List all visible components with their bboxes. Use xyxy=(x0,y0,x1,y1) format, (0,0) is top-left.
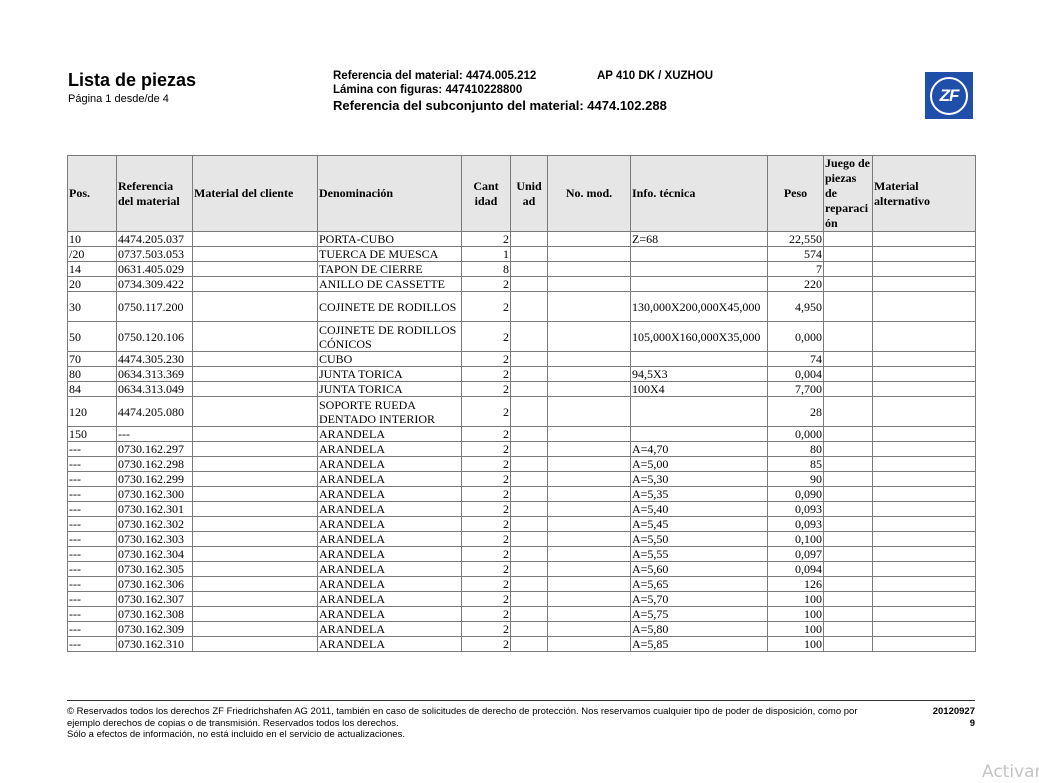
cell-client-material xyxy=(193,592,318,607)
cell-material-ref: 0750.117.200 xyxy=(117,292,193,322)
cell-material-ref: 4474.205.080 xyxy=(117,397,193,427)
cell-pos: 20 xyxy=(68,277,117,292)
cell-alt-material xyxy=(873,517,976,532)
footer-number: 9 xyxy=(933,718,975,730)
cell-quantity: 2 xyxy=(462,352,511,367)
cell-alt-material xyxy=(873,352,976,367)
cell-client-material xyxy=(193,472,318,487)
cell-weight: 0,090 xyxy=(768,487,824,502)
cell-material-ref: 0730.162.307 xyxy=(117,592,193,607)
material-reference: Referencia del material: 4474.005.212 xyxy=(333,70,536,82)
table-row: 140631.405.029TAPON DE CIERRE87 xyxy=(68,262,976,277)
cell-pos: 150 xyxy=(68,427,117,442)
cell-alt-material xyxy=(873,607,976,622)
cell-client-material xyxy=(193,262,318,277)
table-row: ---0730.162.307ARANDELA2A=5,70100 xyxy=(68,592,976,607)
table-row: ---0730.162.310ARANDELA2A=5,85100 xyxy=(68,637,976,652)
cell-mod-no xyxy=(548,547,631,562)
cell-denomination: ARANDELA xyxy=(318,532,462,547)
cell-alt-material xyxy=(873,472,976,487)
cell-alt-material xyxy=(873,427,976,442)
cell-denomination: ARANDELA xyxy=(318,442,462,457)
cell-weight: 74 xyxy=(768,352,824,367)
cell-client-material xyxy=(193,457,318,472)
cell-alt-material xyxy=(873,382,976,397)
cell-repair-kit xyxy=(824,262,873,277)
table-row: ---0730.162.300ARANDELA2A=5,350,090 xyxy=(68,487,976,502)
cell-unit xyxy=(511,502,548,517)
cell-denomination: ARANDELA xyxy=(318,562,462,577)
cell-denomination: CUBO xyxy=(318,352,462,367)
col-quantity: Cant idad xyxy=(462,156,511,232)
cell-tech-info: A=5,75 xyxy=(631,607,768,622)
cell-mod-no xyxy=(548,427,631,442)
cell-denomination: ARANDELA xyxy=(318,592,462,607)
cell-pos: --- xyxy=(68,532,117,547)
cell-alt-material xyxy=(873,637,976,652)
cell-tech-info: A=5,30 xyxy=(631,472,768,487)
cell-alt-material xyxy=(873,622,976,637)
cell-weight: 0,000 xyxy=(768,427,824,442)
cell-quantity: 2 xyxy=(462,637,511,652)
cell-weight: 220 xyxy=(768,277,824,292)
cell-weight: 100 xyxy=(768,637,824,652)
cell-mod-no xyxy=(548,607,631,622)
cell-weight: 7 xyxy=(768,262,824,277)
cell-material-ref: 0730.162.303 xyxy=(117,532,193,547)
cell-pos: --- xyxy=(68,577,117,592)
cell-quantity: 2 xyxy=(462,457,511,472)
cell-tech-info: 94,5X3 xyxy=(631,367,768,382)
activation-watermark: Activar xyxy=(982,762,1039,782)
cell-weight: 7,700 xyxy=(768,382,824,397)
cell-quantity: 2 xyxy=(462,277,511,292)
cell-material-ref: 0730.162.300 xyxy=(117,487,193,502)
cell-pos: 10 xyxy=(68,232,117,247)
cell-quantity: 2 xyxy=(462,232,511,247)
cell-repair-kit xyxy=(824,577,873,592)
cell-unit xyxy=(511,427,548,442)
cell-quantity: 8 xyxy=(462,262,511,277)
cell-repair-kit xyxy=(824,382,873,397)
footer-line-2: ejemplo derechos de copias o de transmis… xyxy=(67,718,907,730)
cell-pos: --- xyxy=(68,442,117,457)
cell-quantity: 2 xyxy=(462,532,511,547)
cell-quantity: 2 xyxy=(462,592,511,607)
cell-client-material xyxy=(193,607,318,622)
cell-quantity: 2 xyxy=(462,472,511,487)
cell-repair-kit xyxy=(824,547,873,562)
cell-client-material xyxy=(193,277,318,292)
cell-repair-kit xyxy=(824,322,873,352)
cell-alt-material xyxy=(873,292,976,322)
cell-client-material xyxy=(193,292,318,322)
cell-denomination: JUNTA TORICA xyxy=(318,382,462,397)
footer-line-3: Sólo a efectos de información, no está i… xyxy=(67,729,907,741)
cell-tech-info: 105,000X160,000X35,000 xyxy=(631,322,768,352)
cell-repair-kit xyxy=(824,607,873,622)
cell-pos: --- xyxy=(68,592,117,607)
cell-weight: 126 xyxy=(768,577,824,592)
cell-weight: 85 xyxy=(768,457,824,472)
model-label: AP 410 DK / XUZHOU xyxy=(597,70,713,82)
cell-unit xyxy=(511,622,548,637)
col-weight: Peso xyxy=(768,156,824,232)
table-row: 1204474.205.080SOPORTE RUEDA DENTADO INT… xyxy=(68,397,976,427)
cell-client-material xyxy=(193,367,318,382)
cell-denomination: ARANDELA xyxy=(318,607,462,622)
cell-denomination: ARANDELA xyxy=(318,547,462,562)
cell-tech-info: A=5,70 xyxy=(631,592,768,607)
cell-material-ref: 0730.162.299 xyxy=(117,472,193,487)
zf-logo: ZF xyxy=(925,72,973,119)
cell-mod-no xyxy=(548,487,631,502)
col-denomination: Denominación xyxy=(318,156,462,232)
table-row: ---0730.162.301ARANDELA2A=5,400,093 xyxy=(68,502,976,517)
cell-denomination: JUNTA TORICA xyxy=(318,367,462,382)
cell-unit xyxy=(511,517,548,532)
cell-weight: 0,004 xyxy=(768,367,824,382)
cell-alt-material xyxy=(873,547,976,562)
page-number: Página 1 desde/de 4 xyxy=(68,93,169,105)
table-row: 704474.305.230CUBO274 xyxy=(68,352,976,367)
cell-weight: 0,094 xyxy=(768,562,824,577)
cell-mod-no xyxy=(548,442,631,457)
cell-repair-kit xyxy=(824,427,873,442)
cell-pos: --- xyxy=(68,472,117,487)
cell-repair-kit xyxy=(824,292,873,322)
cell-pos: --- xyxy=(68,637,117,652)
cell-mod-no xyxy=(548,247,631,262)
cell-weight: 28 xyxy=(768,397,824,427)
cell-tech-info: A=5,50 xyxy=(631,532,768,547)
cell-alt-material xyxy=(873,262,976,277)
footer-copyright: © Reservados todos los derechos ZF Fried… xyxy=(67,706,907,741)
table-row: ---0730.162.303ARANDELA2A=5,500,100 xyxy=(68,532,976,547)
cell-unit xyxy=(511,607,548,622)
cell-mod-no xyxy=(548,517,631,532)
table-row: 840634.313.049JUNTA TORICA2100X47,700 xyxy=(68,382,976,397)
logo-text: ZF xyxy=(940,86,959,106)
cell-alt-material xyxy=(873,247,976,262)
cell-client-material xyxy=(193,502,318,517)
cell-denomination: ANILLO DE CASSETTE xyxy=(318,277,462,292)
cell-repair-kit xyxy=(824,442,873,457)
cell-weight: 80 xyxy=(768,442,824,457)
cell-repair-kit xyxy=(824,457,873,472)
cell-unit xyxy=(511,562,548,577)
cell-unit xyxy=(511,367,548,382)
cell-pos: --- xyxy=(68,622,117,637)
cell-quantity: 2 xyxy=(462,607,511,622)
cell-denomination: TAPON DE CIERRE xyxy=(318,262,462,277)
cell-alt-material xyxy=(873,277,976,292)
cell-alt-material xyxy=(873,532,976,547)
cell-repair-kit xyxy=(824,502,873,517)
cell-client-material xyxy=(193,562,318,577)
cell-quantity: 2 xyxy=(462,517,511,532)
cell-weight: 0,093 xyxy=(768,502,824,517)
cell-quantity: 2 xyxy=(462,577,511,592)
cell-unit xyxy=(511,247,548,262)
cell-client-material xyxy=(193,322,318,352)
cell-mod-no xyxy=(548,262,631,277)
table-row: ---0730.162.297ARANDELA2A=4,7080 xyxy=(68,442,976,457)
footer-divider xyxy=(67,700,975,701)
cell-pos: 80 xyxy=(68,367,117,382)
cell-weight: 4,950 xyxy=(768,292,824,322)
cell-repair-kit xyxy=(824,517,873,532)
cell-material-ref: 0730.162.301 xyxy=(117,502,193,517)
cell-denomination: COJINETE DE RODILLOS CÓNICOS xyxy=(318,322,462,352)
cell-repair-kit xyxy=(824,472,873,487)
table-row: ---0730.162.298ARANDELA2A=5,0085 xyxy=(68,457,976,472)
cell-unit xyxy=(511,232,548,247)
cell-repair-kit xyxy=(824,562,873,577)
cell-pos: 70 xyxy=(68,352,117,367)
cell-alt-material xyxy=(873,487,976,502)
cell-client-material xyxy=(193,442,318,457)
cell-client-material xyxy=(193,427,318,442)
cell-mod-no xyxy=(548,322,631,352)
cell-material-ref: 0730.162.304 xyxy=(117,547,193,562)
cell-unit xyxy=(511,472,548,487)
cell-weight: 574 xyxy=(768,247,824,262)
cell-denomination: ARANDELA xyxy=(318,622,462,637)
cell-unit xyxy=(511,592,548,607)
cell-repair-kit xyxy=(824,247,873,262)
table-header-row: Pos. Referencia del material Material de… xyxy=(68,156,976,232)
cell-client-material xyxy=(193,232,318,247)
cell-repair-kit xyxy=(824,622,873,637)
cell-tech-info: A=5,85 xyxy=(631,637,768,652)
cell-tech-info: A=5,00 xyxy=(631,457,768,472)
cell-alt-material xyxy=(873,232,976,247)
cell-tech-info: A=5,80 xyxy=(631,622,768,637)
footer-date: 20120927 xyxy=(933,706,975,718)
col-pos: Pos. xyxy=(68,156,117,232)
cell-denomination: PORTA-CUBO xyxy=(318,232,462,247)
cell-quantity: 2 xyxy=(462,427,511,442)
cell-quantity: 2 xyxy=(462,622,511,637)
cell-weight: 100 xyxy=(768,607,824,622)
cell-quantity: 2 xyxy=(462,382,511,397)
cell-unit xyxy=(511,397,548,427)
cell-tech-info xyxy=(631,247,768,262)
cell-pos: 120 xyxy=(68,397,117,427)
cell-material-ref: 0730.162.306 xyxy=(117,577,193,592)
cell-weight: 90 xyxy=(768,472,824,487)
cell-material-ref: 0730.162.308 xyxy=(117,607,193,622)
cell-tech-info xyxy=(631,352,768,367)
cell-pos: --- xyxy=(68,457,117,472)
cell-mod-no xyxy=(548,532,631,547)
cell-tech-info: A=5,60 xyxy=(631,562,768,577)
table-row: 800634.313.369JUNTA TORICA294,5X30,004 xyxy=(68,367,976,382)
cell-tech-info: A=5,35 xyxy=(631,487,768,502)
cell-mod-no xyxy=(548,592,631,607)
cell-pos: --- xyxy=(68,562,117,577)
cell-material-ref: 0634.313.049 xyxy=(117,382,193,397)
cell-mod-no xyxy=(548,367,631,382)
cell-material-ref: 0730.162.305 xyxy=(117,562,193,577)
cell-repair-kit xyxy=(824,532,873,547)
cell-material-ref: --- xyxy=(117,427,193,442)
cell-pos: --- xyxy=(68,502,117,517)
cell-weight: 0,000 xyxy=(768,322,824,352)
cell-mod-no xyxy=(548,562,631,577)
cell-mod-no xyxy=(548,457,631,472)
footer-line-1: © Reservados todos los derechos ZF Fried… xyxy=(67,706,907,718)
cell-quantity: 2 xyxy=(462,487,511,502)
cell-mod-no xyxy=(548,502,631,517)
cell-denomination: ARANDELA xyxy=(318,487,462,502)
cell-unit xyxy=(511,457,548,472)
cell-client-material xyxy=(193,247,318,262)
cell-repair-kit xyxy=(824,367,873,382)
cell-repair-kit xyxy=(824,232,873,247)
cell-pos: --- xyxy=(68,517,117,532)
cell-tech-info: 100X4 xyxy=(631,382,768,397)
cell-client-material xyxy=(193,517,318,532)
cell-repair-kit xyxy=(824,277,873,292)
cell-quantity: 2 xyxy=(462,547,511,562)
cell-unit xyxy=(511,382,548,397)
page-title: Lista de piezas xyxy=(68,70,196,91)
table-row: 300750.117.200COJINETE DE RODILLOS2130,0… xyxy=(68,292,976,322)
cell-pos: --- xyxy=(68,547,117,562)
table-row: 104474.205.037PORTA-CUBO2Z=6822,550 xyxy=(68,232,976,247)
cell-weight: 22,550 xyxy=(768,232,824,247)
cell-client-material xyxy=(193,637,318,652)
cell-tech-info: A=5,55 xyxy=(631,547,768,562)
cell-mod-no xyxy=(548,577,631,592)
cell-repair-kit xyxy=(824,637,873,652)
cell-client-material xyxy=(193,352,318,367)
cell-denomination: ARANDELA xyxy=(318,457,462,472)
cell-tech-info: A=5,40 xyxy=(631,502,768,517)
cell-alt-material xyxy=(873,577,976,592)
cell-pos: /20 xyxy=(68,247,117,262)
cell-quantity: 2 xyxy=(462,367,511,382)
table-row: ---0730.162.304ARANDELA2A=5,550,097 xyxy=(68,547,976,562)
cell-weight: 0,097 xyxy=(768,547,824,562)
cell-repair-kit xyxy=(824,352,873,367)
cell-unit xyxy=(511,352,548,367)
subassembly-reference: Referencia del subconjunto del material:… xyxy=(333,98,667,113)
cell-material-ref: 0730.162.309 xyxy=(117,622,193,637)
cell-tech-info: A=5,45 xyxy=(631,517,768,532)
cell-alt-material xyxy=(873,562,976,577)
cell-denomination: ARANDELA xyxy=(318,427,462,442)
cell-material-ref: 0730.162.302 xyxy=(117,517,193,532)
cell-unit xyxy=(511,637,548,652)
cell-quantity: 2 xyxy=(462,502,511,517)
cell-client-material xyxy=(193,577,318,592)
cell-quantity: 1 xyxy=(462,247,511,262)
cell-mod-no xyxy=(548,472,631,487)
cell-client-material xyxy=(193,487,318,502)
cell-mod-no xyxy=(548,397,631,427)
table-row: /200737.503.053TUERCA DE MUESCA1574 xyxy=(68,247,976,262)
cell-unit xyxy=(511,442,548,457)
cell-alt-material xyxy=(873,322,976,352)
cell-material-ref: 4474.305.230 xyxy=(117,352,193,367)
cell-denomination: TUERCA DE MUESCA xyxy=(318,247,462,262)
cell-denomination: ARANDELA xyxy=(318,502,462,517)
cell-client-material xyxy=(193,382,318,397)
cell-unit xyxy=(511,547,548,562)
cell-repair-kit xyxy=(824,397,873,427)
cell-alt-material xyxy=(873,592,976,607)
cell-pos: 14 xyxy=(68,262,117,277)
cell-mod-no xyxy=(548,382,631,397)
cell-denomination: SOPORTE RUEDA DENTADO INTERIOR xyxy=(318,397,462,427)
cell-pos: --- xyxy=(68,607,117,622)
cell-tech-info xyxy=(631,277,768,292)
cell-unit xyxy=(511,277,548,292)
cell-material-ref: 0730.162.297 xyxy=(117,442,193,457)
cell-tech-info xyxy=(631,262,768,277)
cell-unit xyxy=(511,577,548,592)
cell-client-material xyxy=(193,622,318,637)
cell-weight: 0,093 xyxy=(768,517,824,532)
cell-pos: 50 xyxy=(68,322,117,352)
cell-denomination: COJINETE DE RODILLOS xyxy=(318,292,462,322)
cell-tech-info xyxy=(631,397,768,427)
cell-client-material xyxy=(193,547,318,562)
cell-pos: 30 xyxy=(68,292,117,322)
cell-quantity: 2 xyxy=(462,562,511,577)
cell-client-material xyxy=(193,532,318,547)
cell-material-ref: 0750.120.106 xyxy=(117,322,193,352)
cell-quantity: 2 xyxy=(462,292,511,322)
cell-unit xyxy=(511,262,548,277)
table-row: 150---ARANDELA20,000 xyxy=(68,427,976,442)
table-row: 200734.309.422ANILLO DE CASSETTE2220 xyxy=(68,277,976,292)
cell-pos: --- xyxy=(68,487,117,502)
cell-unit xyxy=(511,487,548,502)
cell-repair-kit xyxy=(824,487,873,502)
footer-date-block: 20120927 9 xyxy=(933,706,975,729)
cell-mod-no xyxy=(548,292,631,322)
col-tech-info: Info. técnica xyxy=(631,156,768,232)
cell-tech-info: A=4,70 xyxy=(631,442,768,457)
cell-mod-no xyxy=(548,232,631,247)
cell-tech-info: A=5,65 xyxy=(631,577,768,592)
cell-material-ref: 0631.405.029 xyxy=(117,262,193,277)
table-row: ---0730.162.306ARANDELA2A=5,65126 xyxy=(68,577,976,592)
table-row: ---0730.162.308ARANDELA2A=5,75100 xyxy=(68,607,976,622)
cell-quantity: 2 xyxy=(462,397,511,427)
cell-mod-no xyxy=(548,277,631,292)
cell-alt-material xyxy=(873,442,976,457)
col-mod-no: No. mod. xyxy=(548,156,631,232)
col-alt-material: Material alternativo xyxy=(873,156,976,232)
cell-denomination: ARANDELA xyxy=(318,577,462,592)
cell-material-ref: 4474.205.037 xyxy=(117,232,193,247)
cell-denomination: ARANDELA xyxy=(318,517,462,532)
cell-client-material xyxy=(193,397,318,427)
cell-alt-material xyxy=(873,457,976,472)
cell-alt-material xyxy=(873,502,976,517)
table-row: ---0730.162.305ARANDELA2A=5,600,094 xyxy=(68,562,976,577)
cell-quantity: 2 xyxy=(462,442,511,457)
cell-alt-material xyxy=(873,397,976,427)
cell-weight: 0,100 xyxy=(768,532,824,547)
table-row: ---0730.162.299ARANDELA2A=5,3090 xyxy=(68,472,976,487)
cell-unit xyxy=(511,292,548,322)
